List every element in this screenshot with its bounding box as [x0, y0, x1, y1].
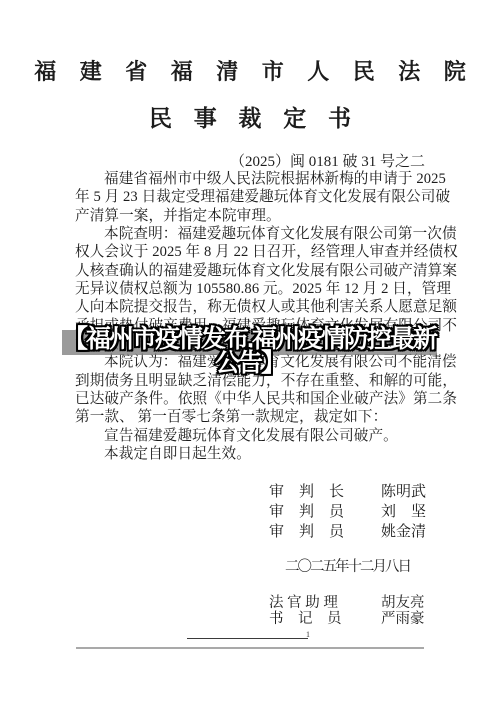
signature-block: 审 判 长陈明武审 判 员刘 坚审 判 员姚金清 [269, 482, 427, 542]
body-line: 本院查明：福建爱趣玩体育文化发展有限公司第一次债 [75, 225, 427, 243]
signature-name: 陈明武 [381, 482, 427, 502]
ruling-date: 二〇二五年十二月八日 [285, 555, 410, 576]
signature-name: 严雨豪 [381, 612, 427, 628]
body-line: 第一款、 第一百零七条第一款规定，裁定如下： [75, 408, 427, 426]
watermark-caption-line-1: 【福州市疫情发布,福州疫情防控最新 [62, 328, 437, 352]
signature-role: 书 记 员 [269, 612, 348, 628]
page-bottom-divider [76, 647, 424, 649]
body-text: 福建省福州市中级人民法院根据林新梅的申请于 2025年 5 月 23 日裁定受理… [75, 170, 427, 464]
signature-row: 审 判 长陈明武 [269, 482, 427, 502]
body-line: 已达破产条件。依照《中华人民共和国企业破产法》第二条 [75, 390, 427, 408]
case-number: （2025）闽 0181 破 31 号之二 [230, 150, 425, 171]
signature-gap [348, 596, 381, 612]
document-page: 福 建 省 福 清 市 人 民 法 院 民 事 裁 定 书 （2025）闽 01… [0, 0, 500, 706]
signature-role: 法 官 助 理 [269, 596, 348, 612]
body-line: 产清算一案，并指定本院审理。 [75, 207, 427, 225]
watermark-caption-line-2: 公告】 [62, 352, 437, 376]
body-line: 福建省福州市中级人民法院根据林新梅的申请于 2025 [75, 170, 427, 188]
signature-role: 审 判 员 [269, 502, 351, 522]
signature-gap [351, 522, 381, 542]
signature-name: 刘 坚 [381, 502, 427, 522]
body-line: 无异议债权总额为 105580.86 元。2025 年 12 月 2 日，管理 [75, 280, 427, 298]
signature-row: 法 官 助 理胡友亮 [269, 596, 427, 612]
document-type-title: 民 事 裁 定 书 [0, 100, 500, 133]
signature-row: 书 记 员严雨豪 [269, 612, 427, 628]
signature-name: 姚金清 [381, 522, 427, 542]
signature-gap [351, 502, 381, 522]
body-line: 年 5 月 23 日裁定受理福建爱趣玩体育文化发展有限公司破 [75, 188, 427, 206]
signature-row: 审 判 员姚金清 [269, 522, 427, 542]
staff-block: 法 官 助 理胡友亮书 记 员严雨豪 [269, 596, 427, 627]
signature-name: 胡友亮 [381, 596, 427, 612]
signature-gap [351, 482, 381, 502]
body-line: 本裁定自即日起生效。 [75, 445, 427, 463]
footnote-rule [187, 638, 308, 639]
body-line: 人核查确认的福建爱趣玩体育文化发展有限公司破产清算案 [75, 262, 427, 280]
signature-gap [348, 612, 381, 628]
watermark-caption: 【福州市疫情发布,福州疫情防控最新 公告】 [62, 328, 437, 375]
footnote-marker: 1 [306, 630, 310, 639]
body-line: 人向本院提交报告，称无债权人或其他利害关系人愿意足额 [75, 298, 427, 316]
signature-role: 审 判 长 [269, 482, 351, 502]
signature-role: 审 判 员 [269, 522, 351, 542]
signature-row: 审 判 员刘 坚 [269, 502, 427, 522]
body-line: 宣告福建爱趣玩体育文化发展有限公司破产。 [75, 427, 427, 445]
body-line: 权人会议于 2025 年 8 月 22 日召开，经管理人审查并经债权 [75, 243, 427, 261]
court-name: 福 建 省 福 清 市 人 民 法 院 [0, 55, 500, 86]
